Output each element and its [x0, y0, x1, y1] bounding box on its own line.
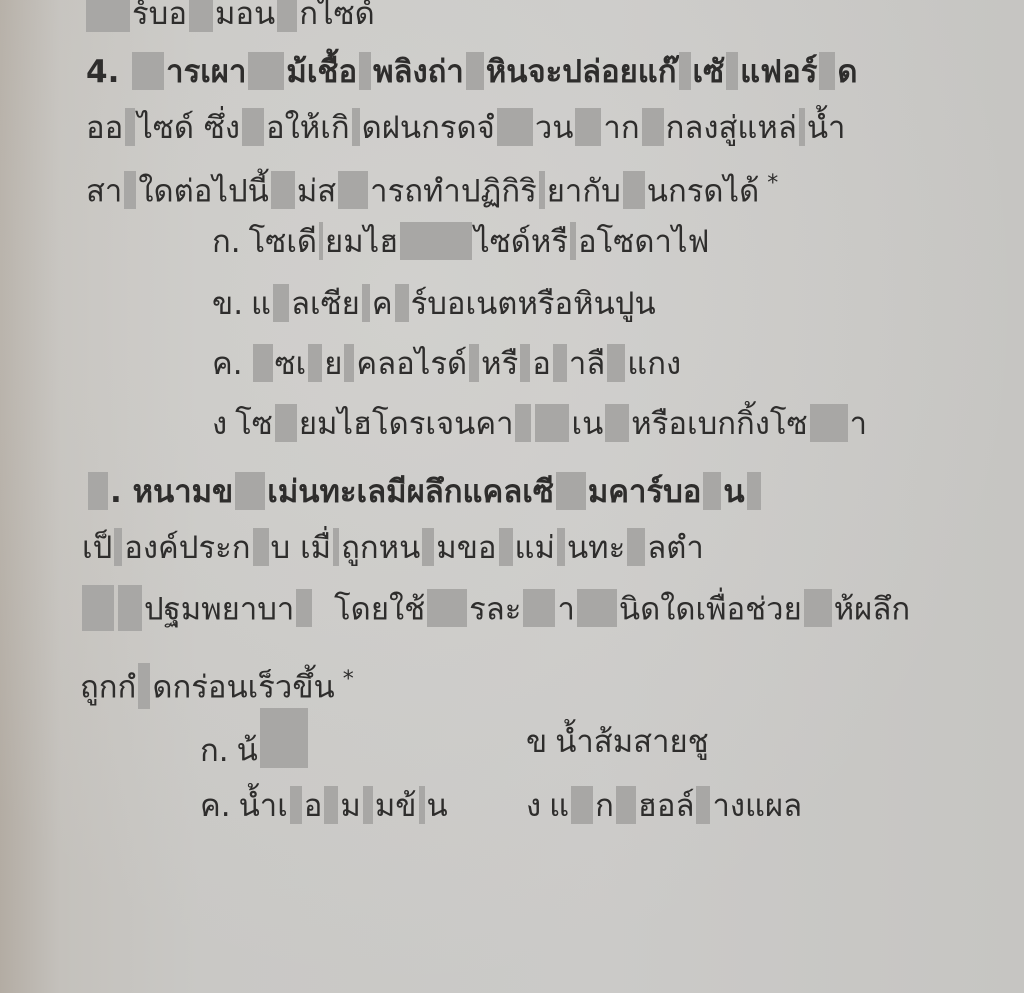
text-fragment: ารถทำปฏิกิริ: [370, 173, 537, 209]
text-fragment: อให้เกิ: [266, 110, 350, 146]
question-4-line-2: ออไซด์ ซึ่งอให้เกิดฝนกรดจํวนากกลงสู่แหล่…: [86, 108, 845, 149]
redaction-block: [607, 344, 625, 382]
question-5-line-1: . หนามขเม่นทะเลมีผลึกแคลเซีมคาร์บอน: [86, 472, 763, 513]
text-fragment: ม้เชื้อ: [286, 54, 357, 90]
text-fragment: มขอ: [436, 530, 496, 566]
redaction-block: [575, 108, 601, 146]
redaction-block: [422, 528, 434, 566]
redaction-block: [88, 472, 108, 510]
option-text: ย: [324, 346, 342, 382]
text-fragment: สา: [86, 173, 122, 209]
question-4-option-c[interactable]: ค.ซเยคลอไรด์หรือาลืแกง: [212, 344, 681, 385]
question-4-line-3: สาใดต่อไปนี้ม่สารถทำปฏิกิริยากับนกรดได้*: [86, 164, 778, 212]
option-text: หรื: [481, 346, 518, 382]
text-fragment: เซั: [693, 54, 725, 90]
required-asterisk: *: [343, 667, 354, 692]
option-text: โซเดี: [249, 224, 317, 260]
text-fragment: มคาร์บอ: [588, 474, 702, 510]
option-text: น้: [237, 733, 258, 769]
text-fragment: หินจะปล่อยแก๊: [486, 54, 677, 90]
text-fragment: เป็: [82, 530, 112, 566]
text-fragment: แฟอร์: [740, 54, 817, 90]
option-text: ฮอล์: [638, 788, 695, 824]
text-fragment: น: [723, 474, 744, 510]
redaction-block: [275, 404, 297, 442]
text-fragment: หนามข: [133, 474, 234, 510]
option-letter: ค.: [212, 346, 243, 382]
text-fragment: กลงสู่แหล่: [666, 110, 797, 146]
redaction-block: [344, 344, 354, 382]
question-5-option-c[interactable]: ค.น้ำเอมมข้น: [200, 786, 448, 827]
redaction-block: [810, 404, 848, 442]
text-fragment: รละ: [469, 592, 521, 628]
question-5-line-4: ถูกกํดกร่อนเร็วขึ้น*: [80, 660, 354, 712]
redaction-block: [539, 171, 545, 209]
redaction-block: [616, 786, 636, 824]
redaction-block: [114, 528, 122, 566]
redaction-block: [125, 108, 135, 146]
redaction-block: [799, 108, 805, 146]
option-letter: ง: [212, 406, 227, 442]
redaction-block: [296, 589, 312, 627]
redaction-block: [253, 344, 273, 382]
redaction-block: [696, 786, 710, 824]
option-text: ยมไฮโดรเจนคา: [299, 406, 514, 442]
text-fragment: กไซด์: [299, 0, 375, 32]
text-fragment: องค์ประก: [124, 530, 250, 566]
text-fragment: ยากับ: [547, 173, 621, 209]
text-fragment: ด: [837, 54, 857, 90]
redaction-block: [248, 52, 284, 90]
question-4-option-b[interactable]: ข.แลเซียคร์บอเนตหรือหินปูน: [212, 284, 656, 325]
redaction-block: [189, 0, 213, 32]
redaction-block: [319, 222, 323, 260]
question-number: .: [110, 474, 122, 510]
text-fragment: ดฝนกรดจํ: [362, 110, 495, 146]
text-fragment: ออ: [86, 110, 123, 146]
redaction-block: [118, 585, 142, 631]
option-text: า: [850, 406, 867, 442]
option-text: ลเซีย: [291, 286, 360, 322]
redaction-block: [333, 528, 339, 566]
question-4-option-a[interactable]: ก.โซเดียมไฮไซด์หรือโซดาไฟ: [212, 222, 709, 263]
text-fragment: วน: [535, 110, 574, 146]
option-text: ก: [595, 788, 614, 824]
redaction-block: [726, 52, 738, 90]
redaction-block: [577, 589, 617, 627]
text-fragment: ปฐมพยาบา: [144, 592, 294, 628]
redaction-block: [497, 108, 533, 146]
text-fragment: นกรดได้: [647, 173, 759, 209]
redaction-block: [535, 404, 569, 442]
redaction-block: [570, 222, 576, 260]
redaction-block: [308, 344, 322, 382]
option-letter: ง: [526, 788, 541, 824]
option-text: แ: [251, 286, 271, 322]
required-asterisk: *: [767, 171, 778, 196]
option-text: ซเ: [275, 346, 307, 382]
redaction-block: [642, 108, 664, 146]
redaction-block: [427, 589, 467, 627]
option-text: หรือเบกกิ้งโซ: [631, 406, 807, 442]
option-text: อ: [304, 788, 323, 824]
question-4-line-1: 4. ารเผาม้เชื้อพลิงถ่าหินจะปล่อยแก๊เซัแฟ…: [86, 52, 857, 93]
option-text: คลอไรด์: [356, 346, 467, 382]
question-5-option-a[interactable]: ก.น้: [200, 722, 310, 782]
redaction-block: [324, 786, 338, 824]
redaction-block: [419, 786, 425, 824]
option-text: น้ำเ: [239, 788, 288, 824]
text-fragment: า: [557, 592, 574, 628]
text-fragment: พลิงถ่า: [373, 54, 464, 90]
option-text: อโซดาไฟ: [578, 224, 709, 260]
redaction-block: [515, 404, 531, 442]
text-fragment: น้ำ: [807, 110, 846, 146]
question-4-option-d[interactable]: งโซยมไฮโดรเจนคาเนหรือเบกกิ้งโซา: [212, 404, 867, 445]
redaction-block: [819, 52, 835, 90]
option-text: น้ำส้มสายชู: [555, 724, 709, 760]
option-text: น: [427, 788, 448, 824]
paper-page: ร์บอมอนกไซด์ 4. ารเผาม้เชื้อพลิงถ่าหินจะ…: [0, 0, 1024, 993]
text-fragment: ร์บอ: [132, 0, 187, 32]
option-text: างแผล: [712, 788, 802, 824]
option-text: แ: [549, 788, 569, 824]
redaction-block: [466, 52, 484, 90]
text-fragment: ถูกหน: [341, 530, 420, 566]
redaction-block: [138, 663, 150, 709]
option-text: ยมไฮ: [325, 224, 398, 260]
continued-line: ร์บอมอนกไซด์: [84, 0, 375, 35]
text-fragment: ม่ส: [297, 173, 336, 209]
redaction-block: [277, 0, 297, 32]
text-fragment: าก: [603, 110, 639, 146]
redaction-block: [338, 171, 368, 209]
redaction-block: [363, 786, 373, 824]
redaction-block: [362, 284, 370, 322]
redaction-block: [359, 52, 371, 90]
question-5-option-b[interactable]: ขน้ำส้มสายชู: [526, 722, 709, 762]
text-fragment: ดกร่อนเร็วขึ้น: [152, 669, 334, 705]
redaction-block: [469, 344, 479, 382]
redaction-block: [124, 171, 136, 209]
text-fragment: นทะ: [567, 530, 625, 566]
redaction-block: [235, 472, 265, 510]
question-5-line-3: ปฐมพยาบา โดยใช้รละานิดใดเพื่อช่วยห้ผลึก: [80, 588, 910, 634]
redaction-block: [605, 404, 629, 442]
redaction-block: [400, 222, 472, 260]
redaction-block: [556, 472, 586, 510]
redaction-block: [132, 52, 164, 90]
redaction-block: [703, 472, 721, 510]
option-text: าลื: [569, 346, 605, 382]
text-fragment: เม่นทะเลมีผลึกแคลเซี: [267, 474, 554, 510]
redaction-block: [290, 786, 302, 824]
option-text: เน: [571, 406, 603, 442]
text-fragment: ห้ผลึก: [834, 592, 910, 628]
text-fragment: นิดใดเพื่อช่วย: [619, 592, 802, 628]
redaction-block: [395, 284, 409, 322]
text-fragment: ใดต่อไปนี้: [138, 173, 268, 209]
redaction-block: [273, 284, 289, 322]
option-text: ม: [340, 788, 360, 824]
redaction-block: [499, 528, 513, 566]
question-5-line-2: เป็องค์ประกบ เมื่ถูกหนมขอแม่นทะลตำ: [82, 528, 704, 569]
text-fragment: ลตำ: [647, 530, 704, 566]
text-fragment: แม่: [515, 530, 555, 566]
redaction-block: [271, 171, 295, 209]
redaction-block: [557, 528, 565, 566]
redaction-block: [523, 589, 555, 627]
redaction-block: [804, 589, 832, 627]
text-fragment: บ เมื่: [271, 530, 332, 566]
redaction-block: [553, 344, 567, 382]
option-letter: ก.: [212, 224, 241, 260]
redaction-block: [86, 0, 130, 32]
redaction-block: [571, 786, 593, 824]
option-letter: ข: [526, 724, 547, 760]
text-fragment: ไซด์ ซึ่ง: [137, 110, 240, 146]
option-letter: ก.: [200, 733, 229, 769]
text-fragment: โดยใช้: [334, 592, 425, 628]
option-letter: ข.: [212, 286, 243, 322]
option-text: ค: [372, 286, 393, 322]
option-text: โซ: [235, 406, 273, 442]
option-letter: ค.: [200, 788, 231, 824]
redaction-block: [747, 472, 761, 510]
redaction-block: [352, 108, 360, 146]
redaction-block: [260, 708, 308, 768]
redaction-block: [242, 108, 264, 146]
option-text: มข้: [375, 788, 417, 824]
text-fragment: มอน: [215, 0, 275, 32]
redaction-block: [623, 171, 645, 209]
redaction-block: [627, 528, 645, 566]
question-number: 4.: [86, 54, 119, 90]
option-text: ร์บอเนตหรือหินปูน: [411, 286, 656, 322]
option-text: ไซด์หรื: [474, 224, 568, 260]
option-text: แกง: [627, 346, 681, 382]
text-fragment: ารเผา: [166, 54, 246, 90]
redaction-block: [253, 528, 269, 566]
redaction-block: [679, 52, 691, 90]
redaction-block: [82, 585, 114, 631]
text-fragment: ถูกกํ: [80, 669, 136, 705]
redaction-block: [520, 344, 530, 382]
option-text: อ: [532, 346, 551, 382]
question-5-option-d[interactable]: งแกฮอล์างแผล: [526, 786, 802, 827]
